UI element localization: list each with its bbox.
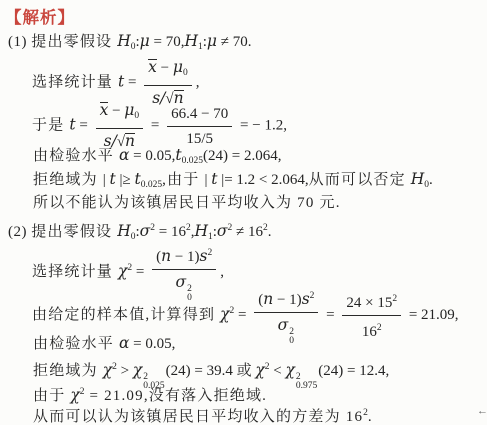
sup-sub-stack: 20 <box>289 328 294 345</box>
numerator: x − μ0 <box>144 57 192 86</box>
lt-op: < <box>270 363 286 379</box>
text-run: 拒绝域为 <box>33 172 103 188</box>
var-xbar: x <box>100 102 109 118</box>
margin-arrow-icon: ← <box>477 405 487 417</box>
text-run: 从而可以认为该镇居民日平均收入的方差为 16 <box>33 409 363 425</box>
var-mu: μ <box>124 101 134 119</box>
text-run: 于是 <box>32 117 69 133</box>
var-chi: χ <box>133 361 142 379</box>
math-run: = 0.05, <box>129 148 175 164</box>
math-run: = 0.05, <box>129 336 175 352</box>
result-run: = − 1.2, <box>236 117 287 133</box>
equals: = <box>234 307 250 323</box>
equals: = <box>132 264 148 280</box>
var-H: H <box>117 32 131 50</box>
superscript: 2 <box>377 323 382 333</box>
denominator: σ20 <box>278 313 295 345</box>
superscript: 2 <box>208 248 213 258</box>
abs-bar: | <box>103 172 110 188</box>
gt-op: > <box>117 363 133 379</box>
math-run: = 16 <box>155 224 186 240</box>
numerator: 66.4 − 70 <box>167 104 232 127</box>
superscript: 2 <box>392 294 397 304</box>
var-xbar: x <box>148 59 157 75</box>
p1-alpha-line: 由检验水平 α = 0.05,t0.025(24) = 2.064, <box>33 145 281 171</box>
numerator: x − μ0 <box>96 100 144 129</box>
p2-marker: (2) <box>8 224 31 240</box>
p1-hypothesis-line: (1) 提出零假设 H0:μ = 70,H1:μ ≠ 70. <box>8 31 251 57</box>
var-chi: χ <box>118 262 127 280</box>
var-sigma: σ <box>140 222 151 240</box>
var-n: n <box>161 247 171 265</box>
subscript: 0.025 <box>141 180 162 190</box>
p1-rejection-line: 拒绝域为 | t |≥ t0.025,由于 | t |= 1.2 < 2.064… <box>33 169 433 195</box>
var-sigma: σ <box>217 222 228 240</box>
var-chi: χ <box>255 361 264 379</box>
minus-op: − <box>157 60 173 76</box>
var-alpha: α <box>119 334 129 352</box>
equals: = <box>147 117 163 133</box>
math-run: − 1) <box>273 292 301 308</box>
text-run: 拒绝域为 <box>33 363 103 379</box>
comma: , <box>220 264 224 280</box>
subscript: 0.975 <box>296 382 317 391</box>
period: . <box>268 224 272 240</box>
solution-page: 【解析】 (1) 提出零假设 H0:μ = 70,H1:μ ≠ 70. 选择统计… <box>0 0 487 425</box>
var-n: n <box>263 290 273 308</box>
denominator: 162 <box>362 316 382 342</box>
numerator: (n − 1)s2 <box>152 243 216 270</box>
subscript: 0 <box>183 68 188 78</box>
period: . <box>429 172 433 188</box>
var-mu: μ <box>140 32 150 50</box>
var-chi: χ <box>103 361 112 379</box>
var-s: s <box>302 290 310 308</box>
text-run: 由检验水平 <box>33 148 119 164</box>
math-run: (24) = 39.4 或 <box>166 363 256 379</box>
fraction: 24 × 152162 <box>342 289 401 342</box>
var-H: H <box>117 222 131 240</box>
math-run: − 1) <box>171 249 199 265</box>
var-mu: μ <box>173 58 183 76</box>
text-run: 由于 <box>33 388 70 404</box>
p1-marker: (1) <box>8 34 31 50</box>
p1-conclusion-line: 所以不能认为该镇居民日平均收入为 70 元. <box>33 193 341 213</box>
var-mu: μ <box>207 32 217 50</box>
var-s: s <box>200 247 208 265</box>
var-chi: χ <box>286 361 295 379</box>
var-chi: χ <box>70 386 79 404</box>
p2-alpha-line: 由检验水平 α = 0.05, <box>33 333 175 354</box>
var-H: H <box>184 32 198 50</box>
var-alpha: α <box>119 146 129 164</box>
subscript: 0 <box>289 337 294 346</box>
text-run: 提出零假设 <box>31 34 117 50</box>
text-run: 提出零假设 <box>31 224 117 240</box>
text-run: 选择统计量 <box>32 264 118 280</box>
period: . <box>368 409 372 425</box>
math-run: 16 <box>362 324 377 340</box>
var-sigma: σ <box>278 316 289 334</box>
p2-conclusion-line: 从而可以认为该镇居民日平均收入的方差为 162. <box>33 403 372 425</box>
text-run: 由检验水平 <box>33 336 119 352</box>
math-run: (24) = 12.4, <box>318 363 389 379</box>
math-run: (24) = 2.064, <box>203 148 281 164</box>
result-run: = 21.09, <box>405 307 458 323</box>
fraction: 66.4 − 7015/5 <box>167 104 232 149</box>
math-run: ≠ 16 <box>232 224 263 240</box>
geq-op: |≥ <box>116 172 135 188</box>
numerator: 24 × 152 <box>342 289 401 316</box>
var-chi: χ <box>220 305 229 323</box>
math-run: |= 1.2 < 2.064, <box>217 172 308 188</box>
numerator: (n − 1)s2 <box>254 286 318 313</box>
fraction: (n − 1)s2σ20 <box>254 286 318 345</box>
text-run: 选择统计量 <box>32 74 118 90</box>
section-header: 【解析】 <box>5 4 75 28</box>
var-H: H <box>194 222 208 240</box>
equals: = <box>76 117 92 133</box>
var-H: H <box>411 170 425 188</box>
text-run: 从而可以否定 <box>309 172 411 188</box>
math-run: ≠ 70. <box>217 34 251 50</box>
equals: = <box>124 74 140 90</box>
text-run: 由给定的样本值,计算得到 <box>32 307 220 323</box>
superscript: 2 <box>310 291 315 301</box>
sup-sub-stack: 20.975 <box>296 373 317 390</box>
math-run: = 70, <box>150 34 185 50</box>
equals: = <box>322 307 338 323</box>
math-run: 24 × 15 <box>346 295 392 311</box>
comma: , <box>196 74 200 90</box>
text-run: = 21.09,没有落入拒绝域. <box>85 388 268 404</box>
subscript: 0.025 <box>182 156 203 166</box>
subscript: 0 <box>134 111 139 121</box>
minus-op: − <box>108 103 124 119</box>
text-run: ,由于 <box>162 172 204 188</box>
